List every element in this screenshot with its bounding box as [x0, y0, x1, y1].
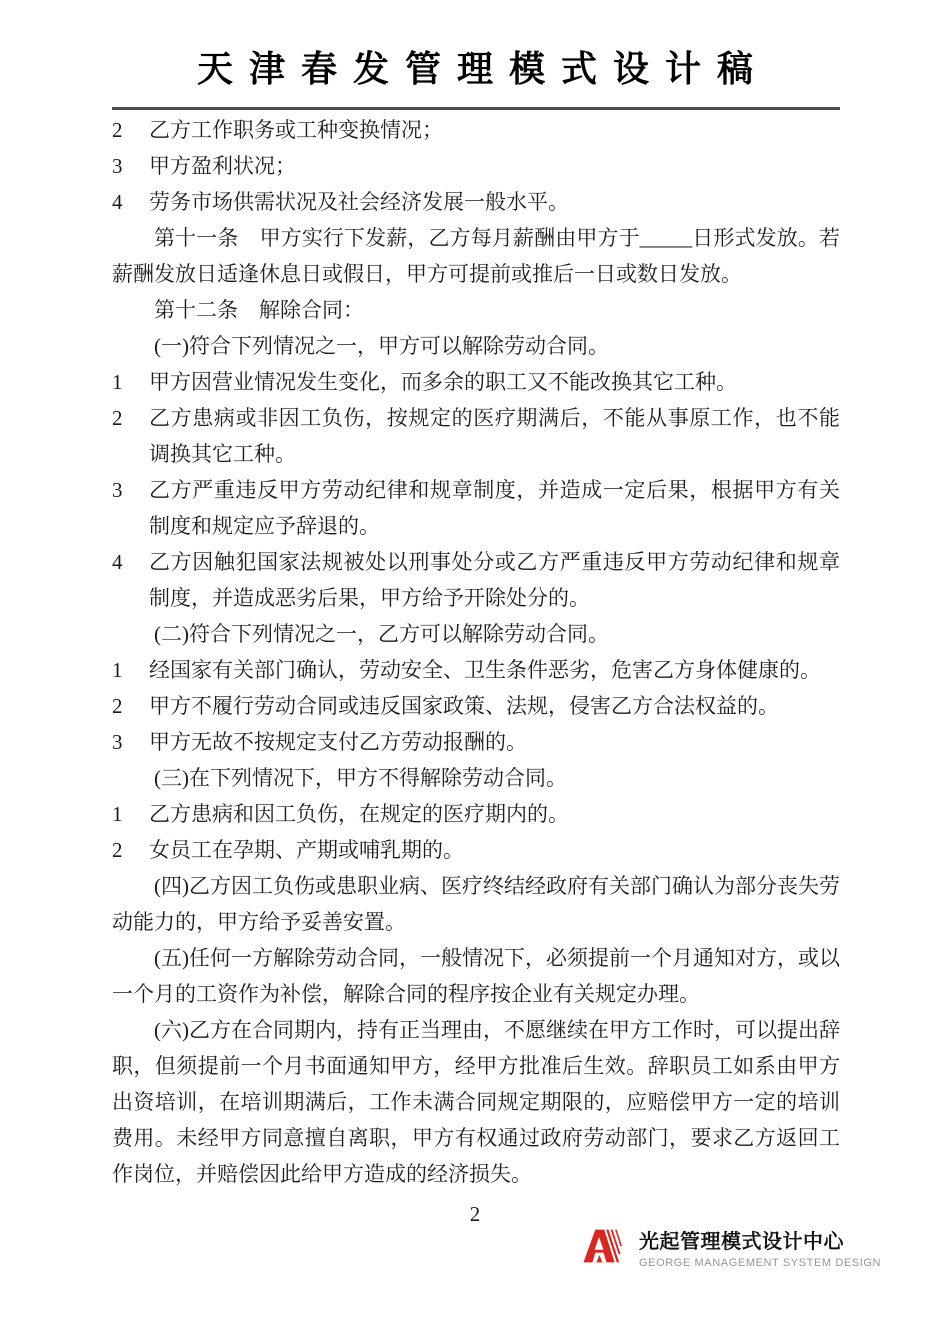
paragraph: (二)符合下列情况之一，乙方可以解除劳动合同。 [112, 616, 840, 652]
paragraph: (四)乙方因工负伤或患职业病、医疗终结经政府有关部门确认为部分丧失劳动能力的，甲… [112, 868, 840, 940]
numbered-item: 3乙方严重违反甲方劳动纪律和规章制度，并造成一定后果，根据甲方有关制度和规定应予… [112, 472, 840, 544]
item-number: 3 [112, 724, 123, 760]
item-number: 1 [112, 652, 123, 688]
numbered-item: 1甲方因营业情况发生变化，而多余的职工又不能改换其它工种。 [112, 364, 840, 400]
item-number: 2 [112, 400, 123, 436]
numbered-item: 1乙方患病和因工负伤，在规定的医疗期内的。 [112, 796, 840, 832]
item-number: 4 [112, 184, 123, 220]
numbered-item: 1经国家有关部门确认，劳动安全、卫生条件恶劣，危害乙方身体健康的。 [112, 652, 840, 688]
logo-company-name: 光起管理模式设计中心 [639, 1231, 881, 1253]
numbered-item: 4劳务市场供需状况及社会经济发展一般水平。 [112, 184, 840, 220]
numbered-item: 2甲方不履行劳动合同或违反国家政策、法规，侵害乙方合法权益的。 [112, 688, 840, 724]
logo-text-block: 光起管理模式设计中心 GEORGE MANAGEMENT SYSTEM DESI… [639, 1225, 881, 1270]
numbered-item: 3甲方盈利状况； [112, 148, 840, 184]
page-number: 2 [0, 1200, 950, 1228]
item-number: 2 [112, 688, 123, 724]
document-page: 天津春发管理模式设计稿 2乙方工作职务或工种变换情况；3甲方盈利状况；4劳务市场… [0, 0, 950, 1344]
paragraph: (三)在下列情况下，甲方不得解除劳动合同。 [112, 760, 840, 796]
numbered-item: 2乙方工作职务或工种变换情况； [112, 112, 840, 148]
numbered-item: 4乙方因触犯国家法规被处以刑事处分或乙方严重违反甲方劳动纪律和规章制度，并造成恶… [112, 544, 840, 616]
header-rule [112, 107, 840, 110]
item-number: 1 [112, 796, 123, 832]
logo-company-name-english: GEORGE MANAGEMENT SYSTEM DESIGN [639, 1257, 881, 1270]
item-number: 2 [112, 832, 123, 868]
item-number: 3 [112, 148, 123, 184]
item-number: 2 [112, 112, 123, 148]
item-number: 1 [112, 364, 123, 400]
document-body: 2乙方工作职务或工种变换情况；3甲方盈利状况；4劳务市场供需状况及社会经济发展一… [112, 112, 840, 1192]
numbered-item: 3甲方无故不按规定支付乙方劳动报酬的。 [112, 724, 840, 760]
paragraph: (一)符合下列情况之一，甲方可以解除劳动合同。 [112, 328, 840, 364]
document-title: 天津春发管理模式设计稿 [0, 0, 950, 92]
numbered-item: 2乙方患病或非因工负伤，按规定的医疗期满后，不能从事原工作，也不能调换其它工种。 [112, 400, 840, 472]
paragraph: 第十一条 甲方实行下发薪，乙方每月薪酬由甲方于_____日形式发放。若薪酬发放日… [112, 220, 840, 292]
item-number: 4 [112, 544, 123, 580]
paragraph: (五)任何一方解除劳动合同，一般情况下，必须提前一个月通知对方，或以一个月的工资… [112, 940, 840, 1012]
item-number: 3 [112, 472, 123, 508]
numbered-item: 2女员工在孕期、产期或哺乳期的。 [112, 832, 840, 868]
paragraph: 第十二条 解除合同： [112, 292, 840, 328]
paragraph: (六)乙方在合同期内，持有正当理由，不愿继续在甲方工作时，可以提出辞职，但须提前… [112, 1012, 840, 1192]
logo-a-icon [579, 1225, 625, 1267]
footer-logo: 光起管理模式设计中心 GEORGE MANAGEMENT SYSTEM DESI… [579, 1225, 881, 1270]
